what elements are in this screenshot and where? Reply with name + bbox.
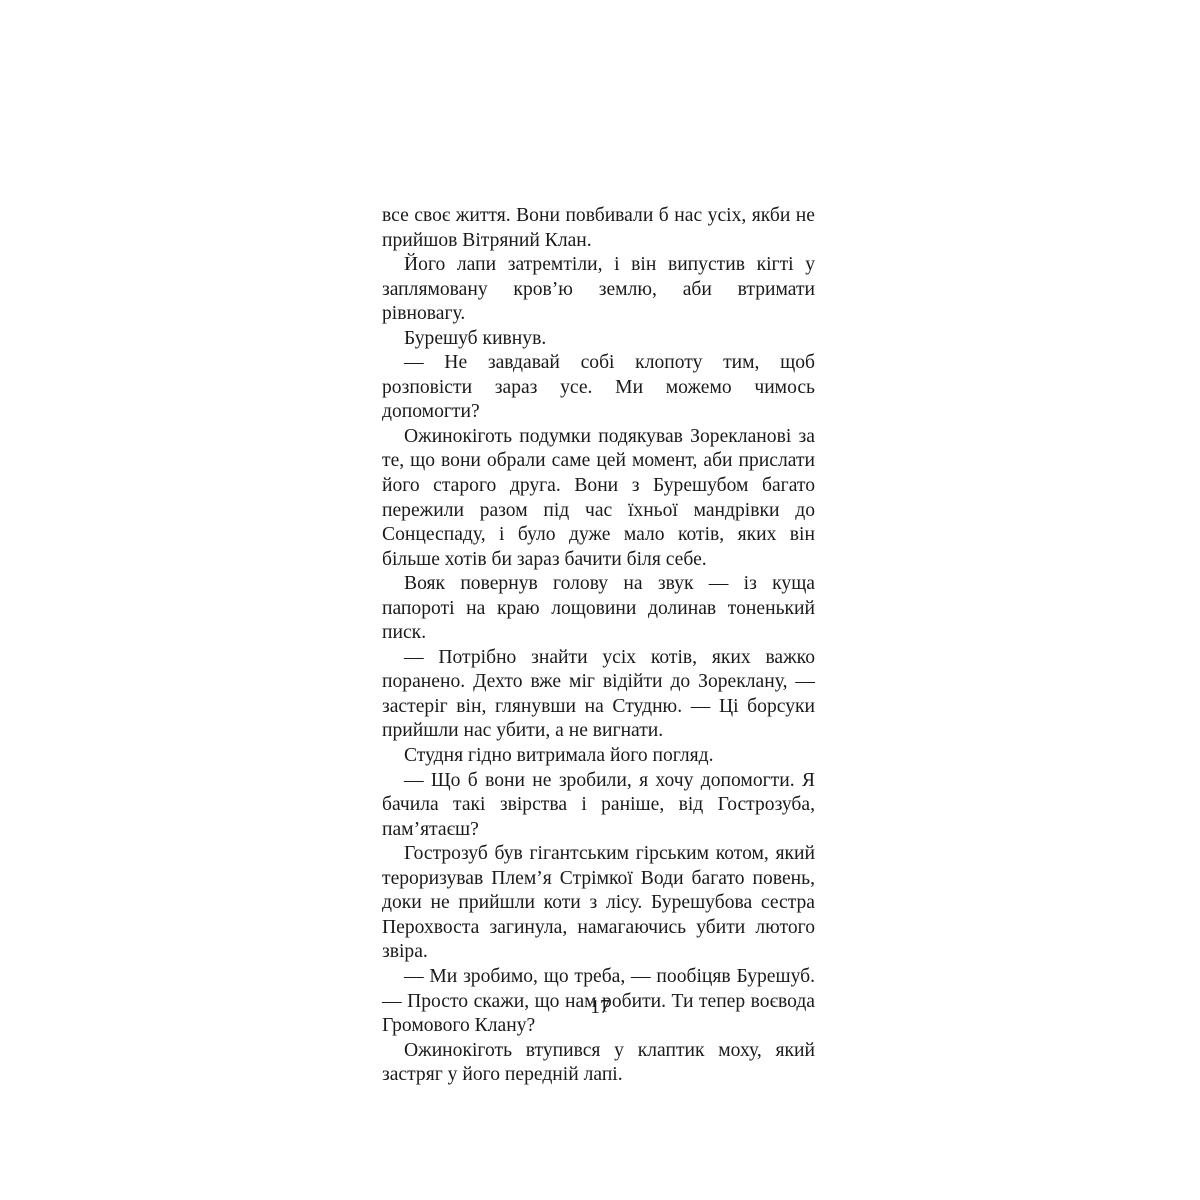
page-number: 17 — [0, 997, 1200, 1019]
page-body: все своє життя. Вони повбивали б нас усі… — [382, 204, 815, 1088]
paragraph: Студня гідно витримала його погляд. — [382, 744, 815, 769]
paragraph: Гострозуб був гігантським гірським котом… — [382, 842, 815, 965]
paragraph: Бурешуб кивнув. — [382, 327, 815, 352]
dialogue-paragraph: — Потрібно знайти усіх котів, яких важко… — [382, 646, 815, 744]
paragraph: Вояк повернув голову на звук — із куща п… — [382, 572, 815, 646]
dialogue-paragraph: — Що б вони не зробили, я хочу допомогти… — [382, 769, 815, 843]
paragraph: Ожинокіготь втупився у клаптик моху, яки… — [382, 1039, 815, 1088]
paragraph: Ожинокіготь подумки подякував Зорекланов… — [382, 425, 815, 572]
paragraph: все своє життя. Вони повбивали б нас усі… — [382, 204, 815, 253]
paragraph: Його лапи затремтіли, і він випустив кіг… — [382, 253, 815, 327]
dialogue-paragraph: — Не завдавай собі клопоту тим, щоб розп… — [382, 351, 815, 425]
